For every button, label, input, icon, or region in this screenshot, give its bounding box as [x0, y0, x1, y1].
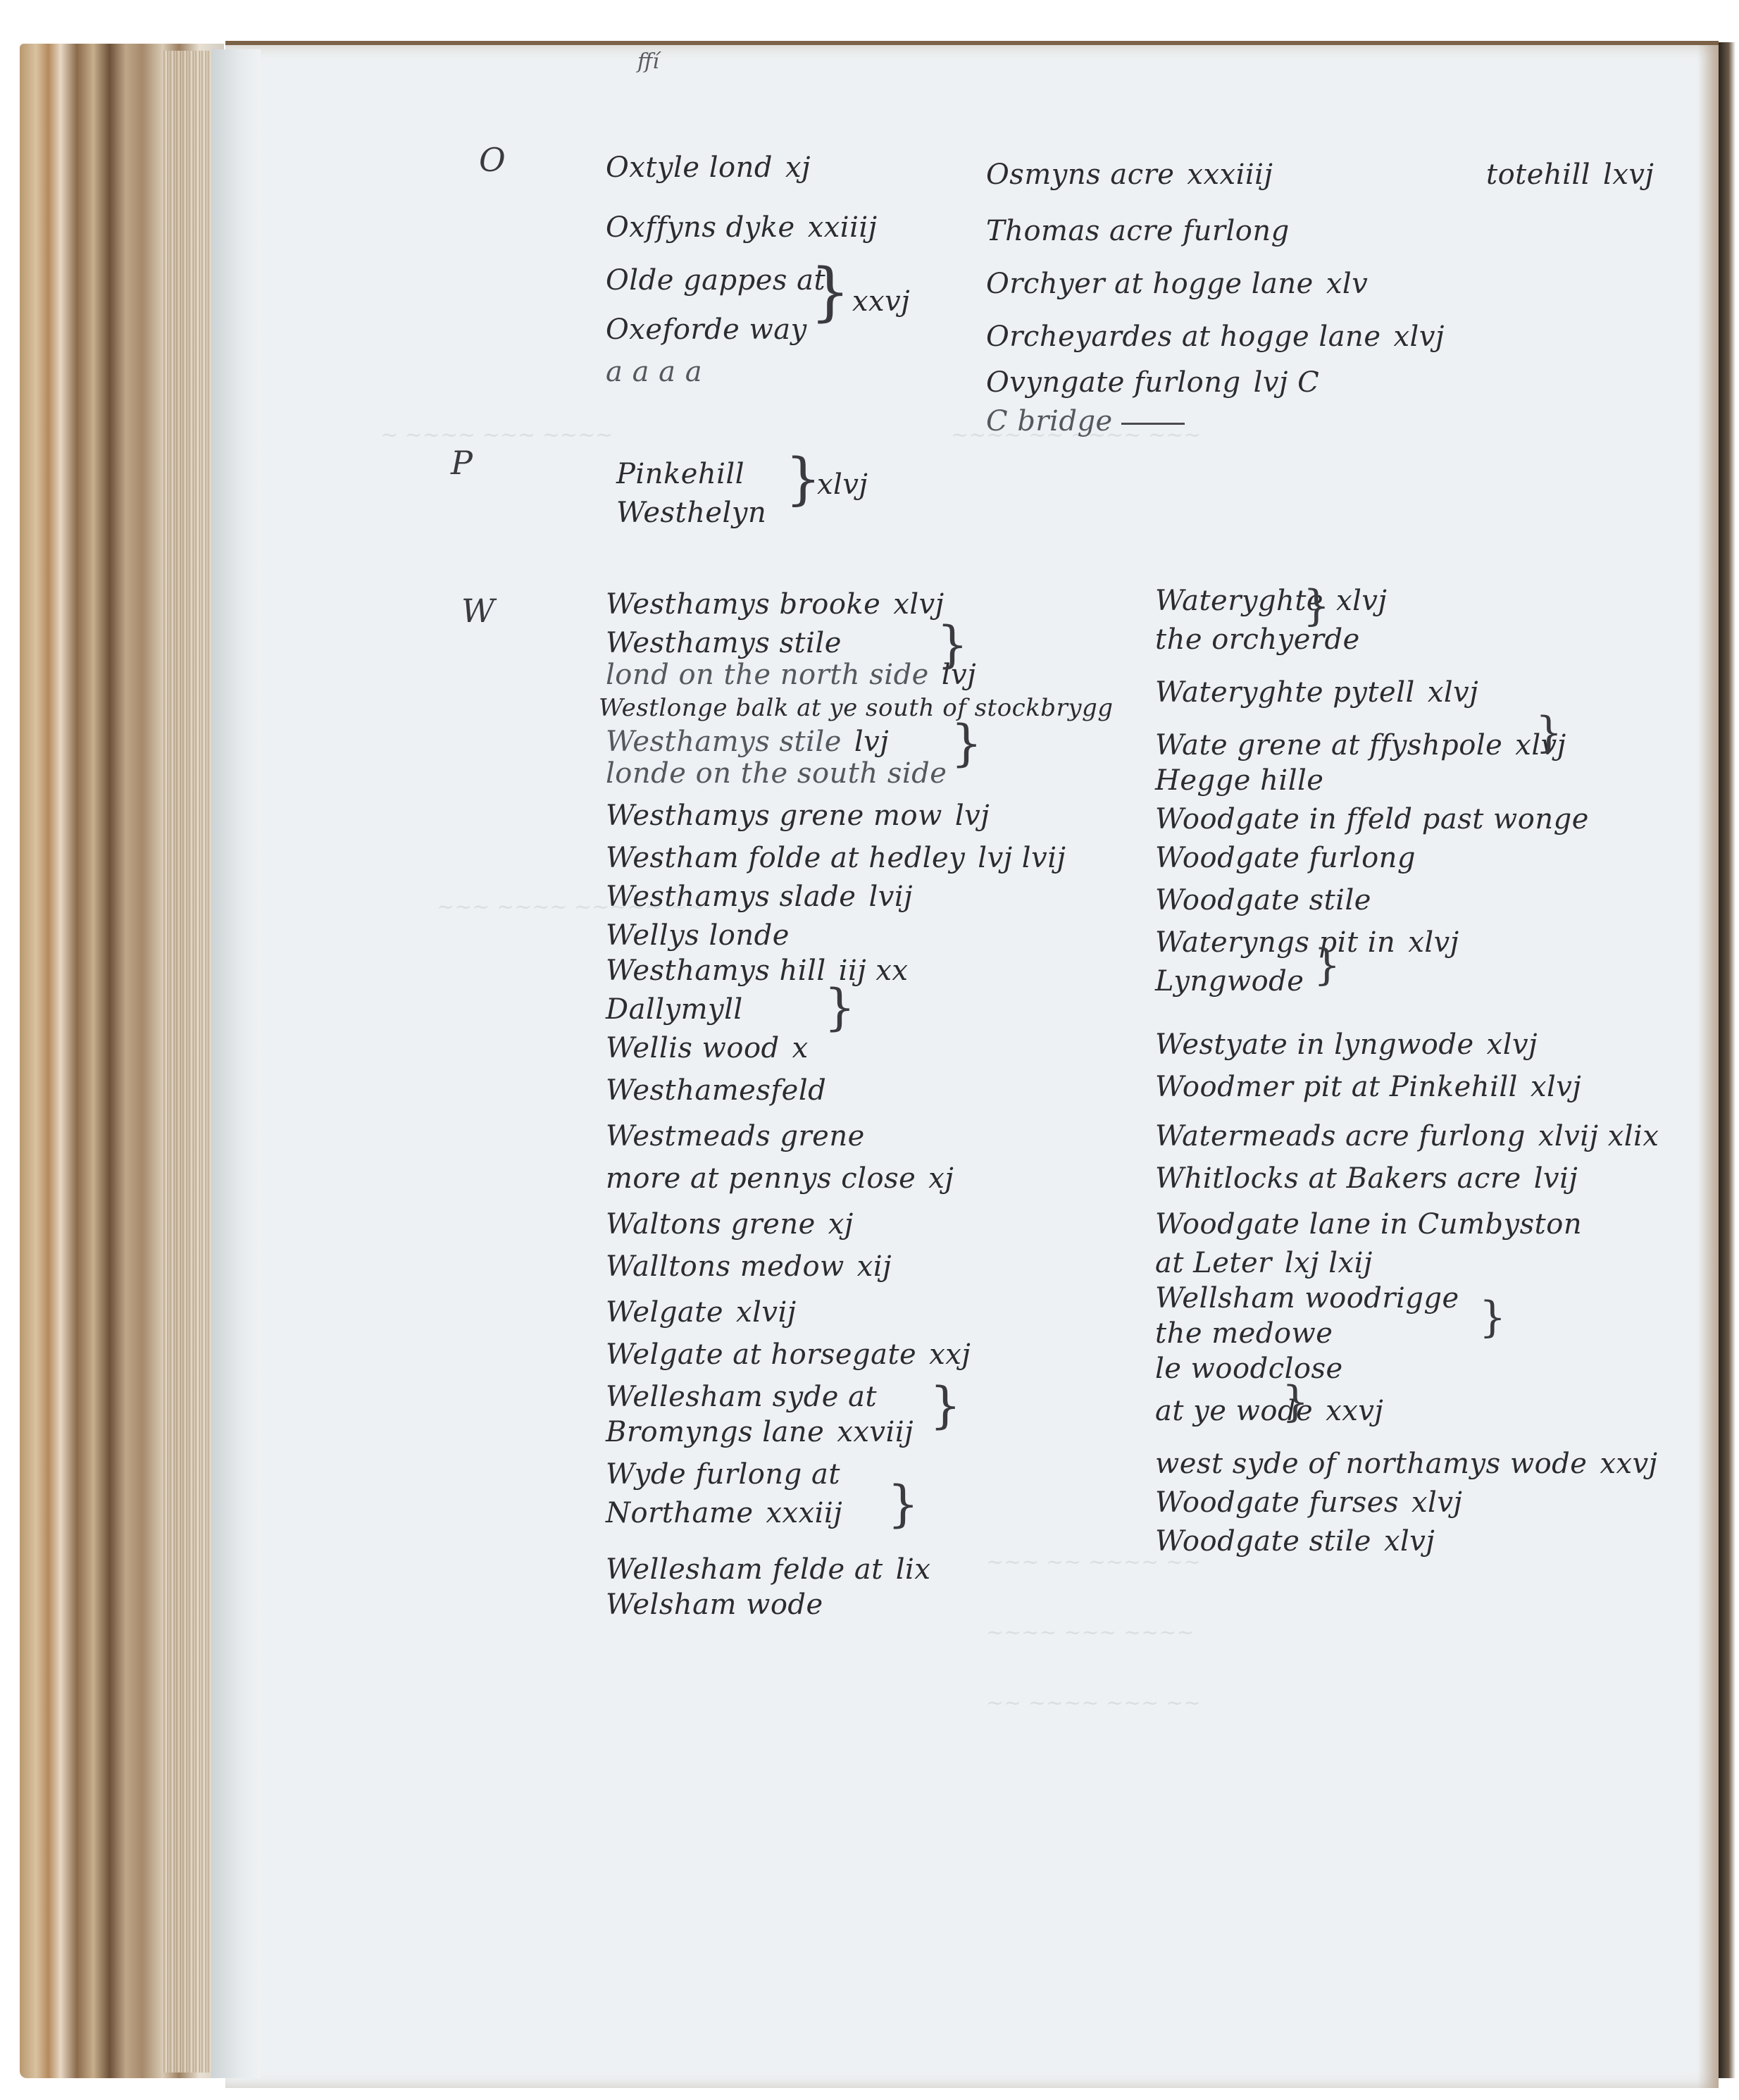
- entry: Waltons grenexj: [606, 1208, 854, 1241]
- entry: at ye wodexxvj: [1155, 1395, 1383, 1427]
- bleed-through-text: ~~ ~~~~ ~~~ ~~: [986, 1691, 1201, 1715]
- bracket: }: [951, 719, 983, 768]
- bracket-value: xlvj: [817, 468, 868, 501]
- bracket: }: [887, 1479, 919, 1529]
- entry: le woodclose: [1155, 1353, 1356, 1385]
- entry: Wellis woodx: [606, 1032, 809, 1064]
- section-letter-w: W: [461, 592, 494, 630]
- bracket: }: [1282, 1381, 1309, 1423]
- gutter: [211, 49, 261, 2078]
- entry: Wellys londe: [606, 919, 802, 952]
- entry: Welsham wode: [606, 1589, 836, 1621]
- entry: Dallymyll: [606, 993, 756, 1026]
- entry: Wate grene at ffyshpolexlvj: [1155, 729, 1566, 762]
- entry: Orchyer at hogge lanexlv: [986, 268, 1368, 300]
- entry: Thomas acre furlong: [986, 215, 1290, 247]
- entry: Westmeads grene: [606, 1120, 878, 1152]
- entry: at Leterlxj lxij: [1155, 1247, 1373, 1279]
- bracket: }: [824, 983, 856, 1032]
- bracket: }: [1314, 944, 1340, 986]
- bracket: }: [930, 1381, 961, 1430]
- entry: Westhamys stile: [606, 627, 854, 659]
- entry: Bromyngs lanexxviij: [606, 1416, 914, 1448]
- entry: Westhamys stilelvj: [606, 726, 889, 758]
- entry: Westhamys grene mowlvj: [606, 800, 990, 832]
- entry: Ovyngate furlonglvj C: [986, 366, 1319, 399]
- entry: Orcheyardes at hogge lanexlvj: [986, 321, 1445, 353]
- entry: Watermeads acre furlongxlvij xlix: [1155, 1120, 1659, 1152]
- entry: Westyate in lyngwodexlvj: [1155, 1029, 1538, 1061]
- entry: west syde of northamys wodexxvj: [1155, 1448, 1658, 1480]
- entry: Whitlocks at Bakers acrelvij: [1155, 1162, 1578, 1195]
- bleed-through-text: ~~~~ ~~~ ~~~~: [986, 1620, 1195, 1645]
- entry: Woodgate stilexlvj: [1155, 1525, 1435, 1558]
- entry: Westhamys brookexlvj: [606, 588, 945, 621]
- bleed-through-text: ~ ~~~~ ~~~ ~~~~: [380, 423, 613, 447]
- entry: Wateryghtexlvj: [1155, 585, 1387, 617]
- entry: Woodgate fursesxlvj: [1155, 1486, 1462, 1519]
- entry-far-right: totehilllxvj: [1486, 159, 1654, 191]
- bracket: }: [1535, 712, 1562, 754]
- entry: Woodmer pit at Pinkehillxlvj: [1155, 1071, 1581, 1103]
- bracket: }: [937, 620, 968, 669]
- entry: C bridge: [986, 405, 1185, 437]
- entry: Wateryngs pit inxlvj: [1155, 926, 1459, 959]
- entry: Woodgate in ffeld past wonge: [1155, 803, 1602, 835]
- entry: more at pennys closexj: [606, 1162, 954, 1195]
- entry: Oxffyns dykexxiiij: [606, 211, 878, 244]
- header-mark: ffí: [637, 49, 659, 74]
- entry: the orchyerde: [1155, 623, 1373, 656]
- manuscript-page: ~ ~~~~ ~~~ ~~~~ ~~~~ ~~ ~~~~ ~~~ ~~~ ~~~…: [0, 0, 1739, 2100]
- paper-leaf: [225, 41, 1719, 2088]
- entry: Welgatexlvij: [606, 1296, 797, 1329]
- entry: Wellesham syde at: [606, 1381, 890, 1413]
- entry: Northamexxxiij: [606, 1497, 842, 1529]
- entry: Woodgate stile: [1155, 884, 1384, 917]
- entry: Wateryghte pytellxlvj: [1155, 676, 1478, 709]
- entry: a a a a: [606, 356, 702, 388]
- entry: Wellesham felde atlix: [606, 1553, 930, 1586]
- entry: Hegge hille: [1155, 764, 1336, 797]
- entry: Westhamesfeld: [606, 1074, 839, 1107]
- entry: Pinkehill: [616, 458, 744, 490]
- entry: londe on the south side: [606, 757, 959, 790]
- right-page-edge: [1719, 42, 1735, 2078]
- entry: lond on the north sidelvj: [606, 659, 976, 691]
- entry: Wellsham woodrigge: [1155, 1282, 1472, 1315]
- entry: Westhamys hilliij xx: [606, 955, 908, 987]
- bracket: }: [785, 451, 821, 507]
- entry: Westham folde at hedleylvj lvij: [606, 842, 1066, 874]
- entry: Osmyns acrexxxiiij: [986, 159, 1273, 191]
- entry: Woodgate furlong: [1155, 842, 1428, 874]
- entry: Walltons medowxij: [606, 1250, 892, 1283]
- entry: Westlonge balk at ye south of stockbrygg: [599, 694, 1126, 722]
- section-letter-o: O: [479, 141, 506, 179]
- entry: Oxeforde way: [606, 313, 807, 346]
- bracket: }: [810, 261, 850, 324]
- bracket-value: xxvj: [852, 285, 910, 318]
- entry: Lyngwode: [1155, 965, 1316, 998]
- section-letter-p: P: [451, 444, 473, 482]
- entry: Olde gappes at: [606, 264, 825, 297]
- entry: Welgate at horsegatexxj: [606, 1338, 971, 1371]
- entry: Woodgate lane in Cumbyston: [1155, 1208, 1595, 1241]
- bracket: }: [1303, 585, 1330, 627]
- bracket: }: [1479, 1296, 1506, 1338]
- entry: Oxtyle londxj: [606, 151, 811, 184]
- entry: the medowe: [1155, 1317, 1345, 1350]
- entry: Westhamys sladelvij: [606, 881, 913, 913]
- entry: Westhelyn: [616, 497, 766, 529]
- entry: Wyde furlong at: [606, 1458, 853, 1491]
